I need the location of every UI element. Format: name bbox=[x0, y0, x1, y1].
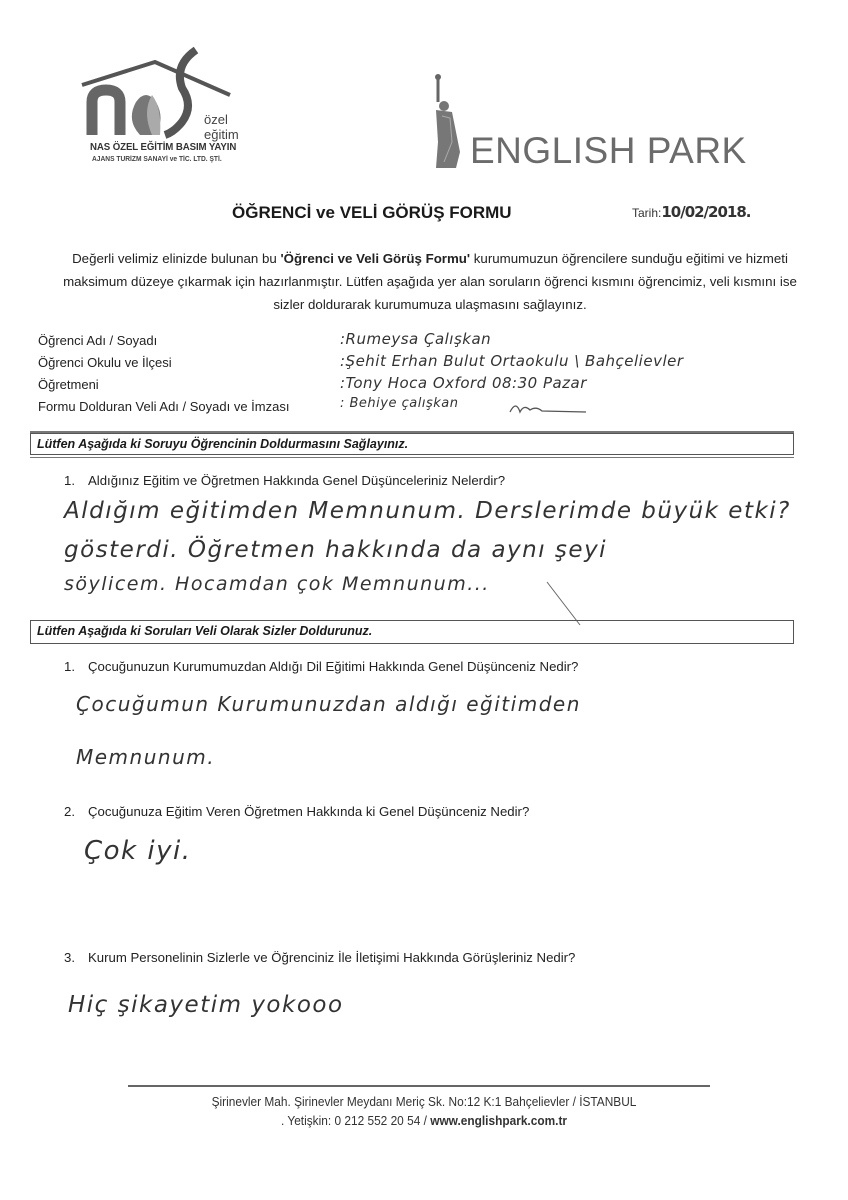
parent-answer-1-line-2[interactable]: Memnunum. bbox=[76, 745, 215, 769]
footer-divider bbox=[128, 1085, 710, 1087]
parent-answer-3[interactable]: Hiç şikayetim yokooo bbox=[68, 992, 344, 1018]
student-answer-1-line-1[interactable]: Aldığım eğitimden Memnunum. Derslerimde … bbox=[64, 498, 791, 524]
intro-paragraph: Değerli velimiz elinizde bulunan bu 'Öğr… bbox=[60, 247, 800, 316]
nas-logo: özel eğitim NAS ÖZEL EĞİTİM BASIM YAYIN … bbox=[70, 40, 260, 180]
parent-name-value[interactable]: : Behiye çalışkan bbox=[340, 396, 458, 411]
parent-question-2: 2.Çocuğunuza Eğitim Veren Öğretmen Hakkı… bbox=[64, 804, 529, 819]
nas-company-name: NAS ÖZEL EĞİTİM BASIM YAYIN bbox=[90, 141, 236, 153]
student-answer-1-line-2[interactable]: gösterdi. Öğretmen hakkında da aynı şeyi bbox=[64, 537, 607, 563]
english-park-name: ENGLISH PARK bbox=[470, 130, 747, 172]
student-question-1: 1.Aldığınız Eğitim ve Öğretmen Hakkında … bbox=[64, 473, 505, 488]
intro-form-name: 'Öğrenci ve Veli Görüş Formu' bbox=[281, 251, 471, 266]
student-section-heading: Lütfen Aşağıda ki Soruyu Öğrencinin Dold… bbox=[30, 433, 794, 455]
student-name-value[interactable]: :Rumeysa Çalışkan bbox=[340, 330, 491, 348]
english-park-logo: ENGLISH PARK bbox=[430, 72, 780, 182]
parent-signature bbox=[508, 398, 588, 420]
teacher-label: Öğretmeni bbox=[38, 377, 99, 392]
nas-tagline-egitim: eğitim bbox=[204, 127, 239, 142]
student-answer-1-line-3[interactable]: söylicem. Hocamdan çok Memnunum... bbox=[64, 573, 490, 595]
footer-website[interactable]: www.englishpark.com.tr bbox=[430, 1114, 567, 1128]
student-school-value[interactable]: :Şehit Erhan Bulut Ortaokulu \ Bahçeliev… bbox=[340, 352, 684, 370]
student-school-label: Öğrenci Okulu ve İlçesi bbox=[38, 355, 172, 370]
parent-question-3: 3.Kurum Personelinin Sizlerle ve Öğrenci… bbox=[64, 950, 575, 965]
footer-phone: . Yetişkin: 0 212 552 20 54 / bbox=[281, 1114, 430, 1128]
parent-answer-1-line-1[interactable]: Çocuğumun Kurumunuzdan aldığı eğitimden bbox=[76, 692, 581, 716]
statue-of-liberty-icon bbox=[430, 72, 470, 172]
student-name-label: Öğrenci Adı / Soyadı bbox=[38, 333, 157, 348]
teacher-value[interactable]: :Tony Hoca Oxford 08:30 Pazar bbox=[340, 374, 587, 392]
form-title: ÖĞRENCİ ve VELİ GÖRÜŞ FORMU bbox=[232, 203, 512, 223]
intro-text-1: Değerli velimiz elinizde bulunan bu bbox=[72, 251, 280, 266]
parent-section-heading: Lütfen Aşağıda ki Soruları Veli Olarak S… bbox=[30, 620, 794, 644]
nas-tagline-ozel: özel bbox=[204, 112, 228, 127]
footer-contact: . Yetişkin: 0 212 552 20 54 / www.englis… bbox=[78, 1114, 770, 1128]
form-date: Tarih:10/02/2018. bbox=[632, 203, 751, 221]
nas-house-icon bbox=[70, 40, 260, 140]
nas-company-subtitle: AJANS TURİZM SANAYİ ve TİC. LTD. ŞTİ. bbox=[92, 156, 222, 163]
divider bbox=[30, 457, 794, 458]
parent-name-label: Formu Dolduran Veli Adı / Soyadı ve İmza… bbox=[38, 399, 289, 414]
date-value: 10/02/2018. bbox=[661, 203, 750, 221]
parent-question-1: 1.Çocuğunuzun Kurumumuzdan Aldığı Dil Eğ… bbox=[64, 659, 578, 674]
parent-answer-2[interactable]: Çok iyi. bbox=[84, 836, 191, 866]
footer-address: Şirinevler Mah. Şirinevler Meydanı Meriç… bbox=[78, 1095, 770, 1109]
date-label: Tarih: bbox=[632, 206, 661, 220]
